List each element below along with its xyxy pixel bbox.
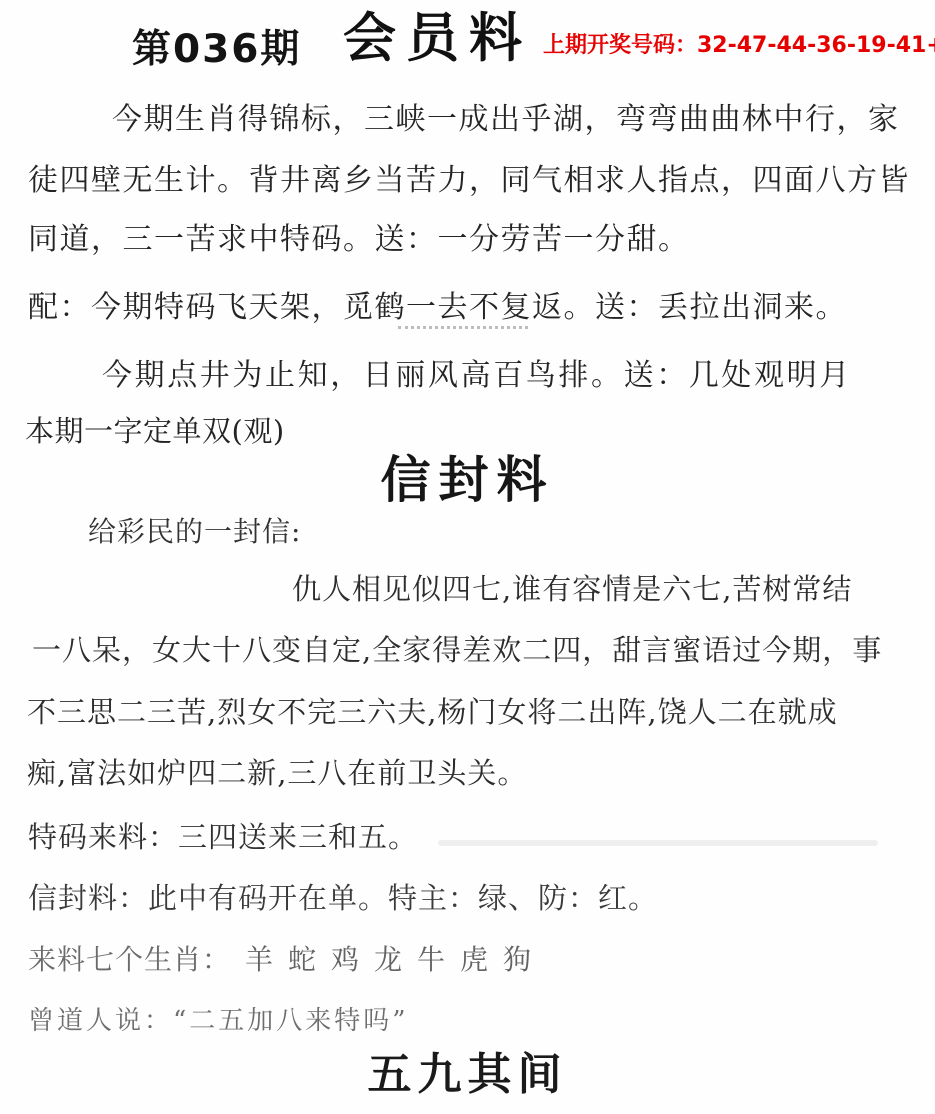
member-paragraph-dianjing: 今期点井为止知，日丽风高百鸟排。送：几处观明月	[102, 350, 852, 394]
zengdaoren-quote: 曾道人说：“二五加八来特吗”	[28, 1000, 409, 1037]
last-draw-numbers: 上期开奖号码：32-47-44-36-19-41+27	[543, 28, 935, 59]
envelope-section-title: 信封料	[0, 440, 935, 512]
zodiac-tip: 来料七个生肖：羊蛇鸡龙牛虎狗	[28, 938, 546, 978]
member-paragraph-line: 同道，三一苦求中特码。送：一分劳苦一分甜。	[28, 214, 690, 258]
member-paragraph-line: 今期生肖得锦标，三峡一成出乎湖，弯弯曲曲林中行，家	[112, 94, 900, 138]
letter-salutation: 给彩民的一封信:	[88, 510, 301, 550]
letter-line: 不三思二三苦,烈女不完三六夫,杨门女将二出阵,饶人二在就成	[27, 690, 838, 731]
envelope-tip: 信封料：此中有码开在单。特主：绿、防：红。	[28, 876, 658, 917]
letter-line: 仇人相见似四七,谁有容情是六七,苦树常结	[292, 567, 852, 608]
footer-phrase: 五九其间	[0, 1038, 935, 1102]
issue-number: 第036期	[132, 18, 301, 74]
member-paragraph-line: 徒四壁无生计。背井离乡当苦力，同气相求人指点，四面八方皆	[28, 155, 910, 199]
zodiac-animals: 羊蛇鸡龙牛虎狗	[245, 943, 546, 976]
member-paragraph-pei: 配：今期特码飞天架，觅鹤一去不复返。送：丢拉出洞来。	[28, 282, 847, 326]
special-code-tip: 特码来料：三四送来三和五。	[28, 815, 418, 856]
letter-line: 痴,富法如炉四二新,三八在前卫头关。	[27, 751, 527, 792]
page-title: 会员料	[343, 0, 532, 72]
lottery-tip-sheet: 第036期 会员料 上期开奖号码：32-47-44-36-19-41+27 今期…	[0, 0, 935, 1114]
letter-line: 一八呆，女大十八变自定,全家得差欢二四，甜言蜜语过今期，事	[32, 628, 882, 669]
scan-artifact-streak	[438, 840, 878, 846]
zodiac-tip-label: 来料七个生肖：	[28, 943, 231, 976]
scan-artifact-dotted	[398, 326, 528, 329]
